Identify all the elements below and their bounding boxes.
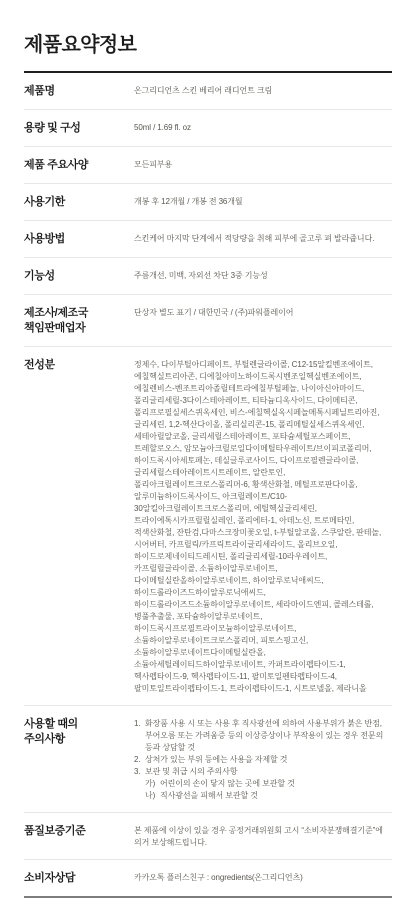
row-label-ingredients: 전성분 — [24, 357, 134, 695]
row-precautions: 사용할 때의 주의사항 1. 화장품 사용 시 또는 사용 후 직사광선에 의하… — [24, 706, 392, 813]
precaution-item-2: 2. 상처가 있는 부위 등에는 사용을 자제할 것 — [134, 754, 392, 766]
row-usage: 사용방법 스킨케어 마지막 단계에서 적당량을 취해 피부에 골고루 펴 발라줍… — [24, 221, 392, 258]
row-warranty: 품질보증기준 본 제품에 이상이 있을 경우 공정거래위원회 고시 “소비자분쟁… — [24, 813, 392, 860]
product-summary-sheet: 제품요약정보 제품명 온그리디언츠 스킨 베리어 래디언트 크림 용량 및 구성… — [0, 0, 416, 898]
precautions-list: 1. 화장품 사용 시 또는 사용 후 직사광선에 의하여 사용부위가 붉은 반… — [134, 716, 392, 802]
product-info-table: 제품명 온그리디언츠 스킨 베리어 래디언트 크림 용량 및 구성 50ml /… — [24, 71, 392, 898]
precaution-item-3-number: 3. — [134, 766, 145, 802]
precaution-item-2-number: 2. — [134, 754, 145, 766]
precaution-item-2-text: 상처가 있는 부위 등에는 사용을 자제할 것 — [145, 754, 392, 766]
precaution-sub-item-2-text: 직사광선을 피해서 보관할 것 — [160, 790, 392, 802]
row-value-expiry: 개봉 후 12개월 / 개봉 전 36개월 — [134, 194, 392, 210]
row-label-spec: 제품 주요사양 — [24, 157, 134, 173]
row-label-warranty: 품질보증기준 — [24, 823, 134, 849]
row-value-spec: 모든피부용 — [134, 157, 392, 173]
precaution-item-1: 1. 화장품 사용 시 또는 사용 후 직사광선에 의하여 사용부위가 붉은 반… — [134, 718, 392, 754]
row-volume: 용량 및 구성 50ml / 1.69 fl. oz — [24, 110, 392, 147]
row-manufacturer: 제조사/제조국 책임판매업자 단상자 별도 표기 / 대한민국 / (주)파워플… — [24, 295, 392, 347]
row-expiry: 사용기한 개봉 후 12개월 / 개봉 전 36개월 — [24, 184, 392, 221]
row-label-volume: 용량 및 구성 — [24, 120, 134, 136]
row-label-precautions: 사용할 때의 주의사항 — [24, 716, 134, 802]
precaution-sub-item-2-number: 나) — [145, 790, 160, 802]
row-label-functional: 기능성 — [24, 268, 134, 284]
precaution-item-3-text: 보관 및 취급 시의 주의사항 — [145, 767, 237, 776]
precaution-item-1-text: 화장품 사용 시 또는 사용 후 직사광선에 의하여 사용부위가 붉은 반점, … — [145, 718, 392, 754]
row-label-usage: 사용방법 — [24, 231, 134, 247]
row-label-consumer: 소비자상담 — [24, 870, 134, 886]
row-value-functional: 주름개선, 미백, 자외선 차단 3중 기능성 — [134, 268, 392, 284]
row-label-product-name: 제품명 — [24, 83, 134, 99]
row-value-consumer: 카카오톡 플러스친구 : ongredients(온그리디언츠) — [134, 870, 392, 886]
row-value-manufacturer: 단상자 별도 표기 / 대한민국 / (주)파워플레이어 — [134, 305, 392, 336]
row-ingredients: 전성분 정제수, 다이부틸아디페이트, 부틸렌글라이콜, C12-15알킬벤조에… — [24, 347, 392, 706]
precaution-sub-item-2: 나) 직사광선을 피해서 보관할 것 — [145, 790, 392, 802]
row-value-product-name: 온그리디언츠 스킨 베리어 래디언트 크림 — [134, 83, 392, 99]
page-title: 제품요약정보 — [24, 0, 392, 71]
row-spec: 제품 주요사양 모든피부용 — [24, 147, 392, 184]
row-value-usage: 스킨케어 마지막 단계에서 적당량을 취해 피부에 골고루 펴 발라줍니다. — [134, 231, 392, 247]
precaution-sub-item-1-number: 가) — [145, 778, 160, 790]
row-label-manufacturer: 제조사/제조국 책임판매업자 — [24, 305, 134, 336]
precaution-item-3: 3. 보관 및 취급 시의 주의사항 가) 어린이의 손이 닿지 않는 곳에 보… — [134, 766, 392, 802]
precaution-sub-item-1: 가) 어린이의 손이 닿지 않는 곳에 보관할 것 — [145, 778, 392, 790]
row-product-name: 제품명 온그리디언츠 스킨 베리어 래디언트 크림 — [24, 73, 392, 110]
row-value-warranty: 본 제품에 이상이 있을 경우 공정거래위원회 고시 “소비자분쟁해결기준”에 … — [134, 823, 392, 849]
row-value-volume: 50ml / 1.69 fl. oz — [134, 120, 392, 136]
precaution-sub-item-1-text: 어린이의 손이 닿지 않는 곳에 보관할 것 — [160, 778, 392, 790]
row-consumer: 소비자상담 카카오톡 플러스친구 : ongredients(온그리디언츠) — [24, 860, 392, 896]
precaution-item-3-body: 보관 및 취급 시의 주의사항 가) 어린이의 손이 닿지 않는 곳에 보관할 … — [145, 766, 392, 802]
row-label-expiry: 사용기한 — [24, 194, 134, 210]
row-value-ingredients: 정제수, 다이부틸아디페이트, 부틸렌글라이콜, C12-15알킬벤조에이트, … — [134, 357, 392, 695]
row-functional: 기능성 주름개선, 미백, 자외선 차단 3중 기능성 — [24, 258, 392, 295]
precaution-item-1-number: 1. — [134, 718, 145, 754]
